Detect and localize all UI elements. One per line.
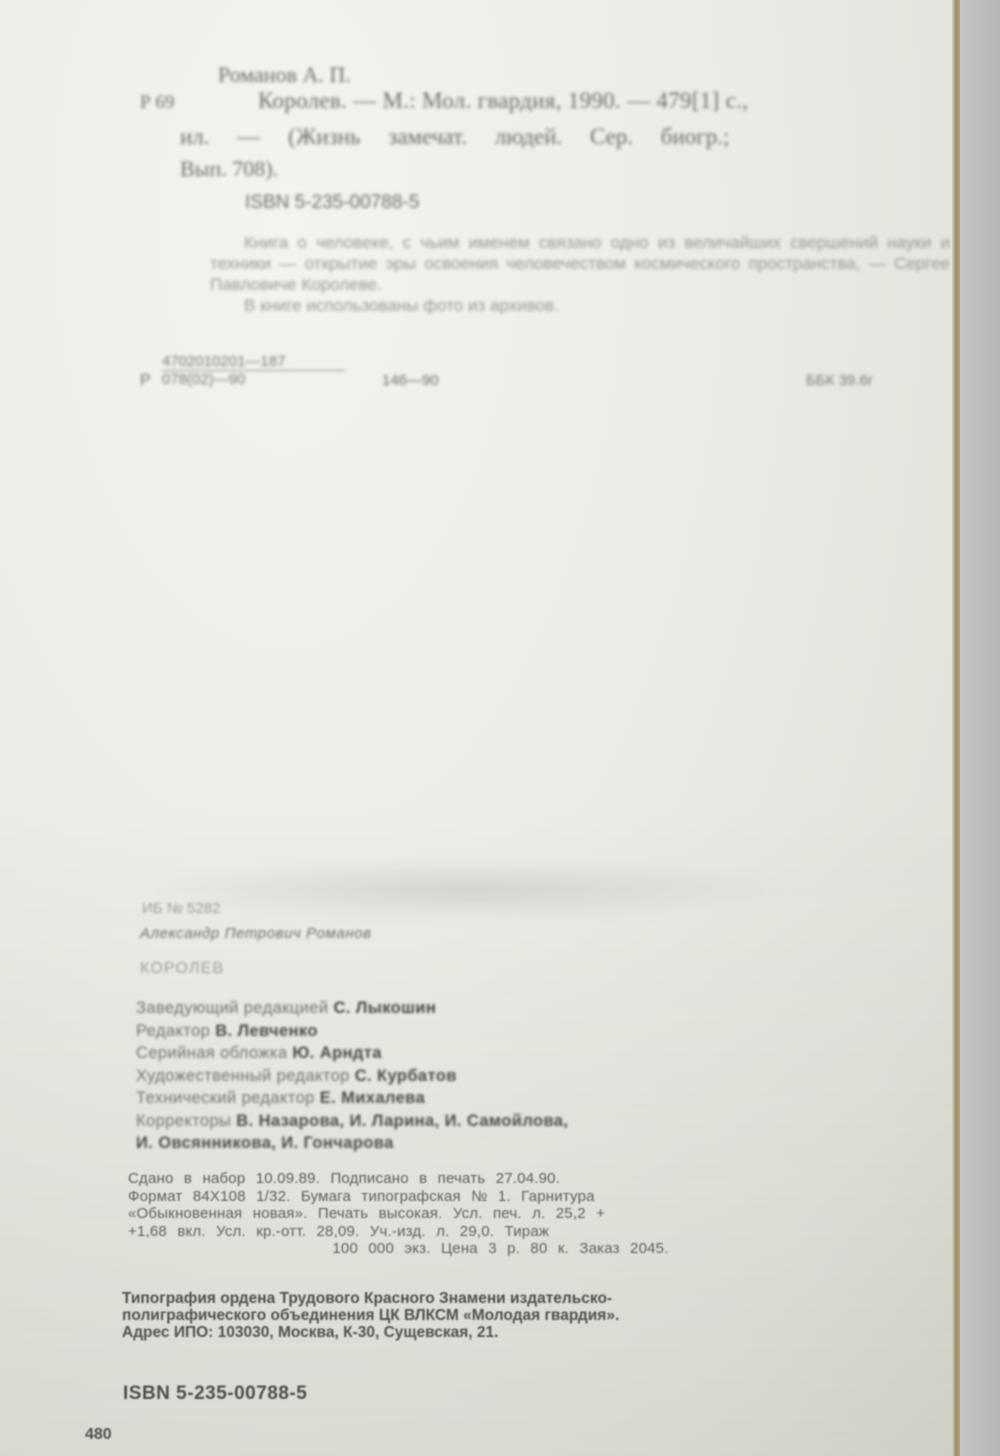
spec-line: Формат 84Х108 1/32. Бумага типографская …	[128, 1188, 873, 1206]
book-cover-edge	[960, 0, 1000, 1456]
spec-line: Сдано в набор 10.09.89. Подписано в печа…	[128, 1170, 873, 1188]
bbk-code: ББК 39.6г	[806, 372, 873, 389]
credit-name: С. Курбатов	[355, 1067, 457, 1085]
page-edge-shadow	[952, 0, 960, 1456]
credit-name: И. Овсянникова, И. Гончарова	[136, 1134, 394, 1152]
spec-line: «Обыкновенная новая». Печать высокая. Ус…	[128, 1205, 873, 1223]
credit-row: И. Овсянникова, И. Гончарова	[136, 1132, 568, 1155]
print-specs: Сдано в набор 10.09.89. Подписано в печа…	[128, 1170, 873, 1258]
credit-row: Корректоры В. Назарова, И. Ларина, И. Са…	[136, 1110, 568, 1133]
credit-row: Технический редактор Е. Михалева	[136, 1087, 568, 1110]
bibliographic-line-2: ил. — (Жизнь замечат. людей. Сер. биогр.…	[180, 124, 729, 150]
abstract: Книга о человеке, с чьим именем связано …	[210, 232, 950, 316]
index-fraction: 4702010201—187 078(02)—90	[162, 353, 345, 388]
credit-name: В. Левченко	[215, 1022, 318, 1040]
index-suffix: 146—90	[382, 372, 439, 389]
author-full-name: Александр Петрович Романов	[140, 925, 372, 942]
imprint-isbn: ISBN 5-235-00788-5	[123, 1383, 307, 1405]
ib-number: ИБ № 5282	[142, 900, 220, 917]
book-title: КОРОЛЕВ	[140, 960, 224, 978]
book-page: Романов А. П. Р 69 Королев. — М.: Мол. г…	[0, 0, 955, 1456]
catalog-isbn: ISBN 5-235-00788-5	[245, 192, 419, 214]
author-heading: Романов А. П.	[218, 62, 351, 88]
credit-role: Серийная обложка	[136, 1044, 287, 1062]
credit-name: Е. Михалева	[320, 1089, 425, 1107]
bibliographic-line-3: Вып. 708).	[180, 156, 278, 182]
credit-row: Художественный редактор С. Курбатов	[136, 1065, 568, 1088]
credit-row: Редактор В. Левченко	[136, 1020, 568, 1043]
credit-role: Технический редактор	[136, 1089, 315, 1107]
credit-name: Ю. Арндта	[292, 1044, 381, 1062]
credit-role: Заведующий редакцией	[136, 999, 328, 1017]
credits-list: Заведующий редакцией С. Лыкошин Редактор…	[136, 997, 568, 1155]
photo-note: В книге использованы фото из архивов.	[210, 295, 950, 316]
printer-info: Типография ордена Трудового Красного Зна…	[122, 1290, 867, 1341]
credit-role: Корректоры	[136, 1112, 231, 1130]
printer-line: Типография ордена Трудового Красного Зна…	[122, 1290, 867, 1307]
index-denominator: 078(02)—90	[162, 371, 345, 388]
credit-row: Заведующий редакцией С. Лыкошин	[136, 997, 568, 1020]
abstract-text: Книга о человеке, с чьим именем связано …	[210, 232, 950, 295]
page-number: 480	[85, 1426, 112, 1444]
credit-name: В. Назарова, И. Ларина, И. Самойлова,	[236, 1112, 568, 1130]
index-prefix: Р	[140, 372, 151, 390]
page-smudge	[140, 860, 790, 920]
credit-role: Художественный редактор	[136, 1067, 350, 1085]
bibliographic-line-1: Королев. — М.: Мол. гвардия, 1990. — 479…	[258, 88, 748, 114]
credit-role: Редактор	[136, 1022, 210, 1040]
spec-line: 100 000 экз. Цена 3 р. 80 к. Заказ 2045.	[128, 1240, 873, 1258]
credit-row: Серийная обложка Ю. Арндта	[136, 1042, 568, 1065]
printer-line: полиграфического объединения ЦК ВЛКСМ «М…	[122, 1307, 867, 1324]
class-code: Р 69	[140, 92, 174, 114]
printer-line: Адрес ИПО: 103030, Москва, К-30, Сущевск…	[122, 1324, 867, 1341]
index-numerator: 4702010201—187	[162, 353, 345, 371]
spec-line: +1,68 вкл. Усл. кр.-отт. 28,09. Уч.-изд.…	[128, 1223, 873, 1241]
credit-name: С. Лыкошин	[333, 999, 436, 1017]
